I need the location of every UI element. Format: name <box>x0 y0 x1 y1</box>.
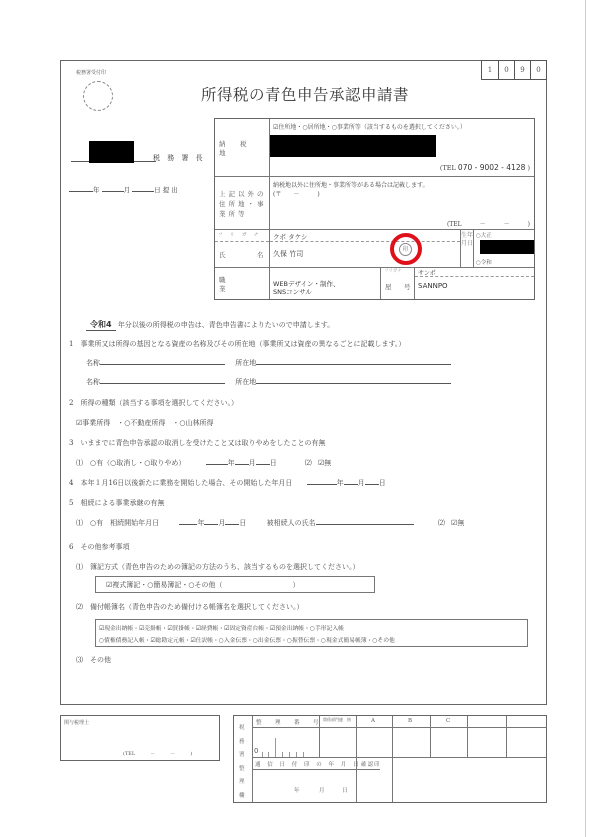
office-use-label: 税 務 署 整 理 欄 <box>239 722 245 803</box>
year-field[interactable] <box>69 191 93 192</box>
redacted-birthdate <box>480 240 534 254</box>
comm-year: 年 <box>294 786 300 794</box>
tel-prefix: (TEL <box>440 164 456 172</box>
month-field[interactable] <box>102 191 124 192</box>
ledger-title: ⑵ 備付帳簿名（青色申告のため備付ける帳簿名を選択してください。） <box>76 602 304 612</box>
other-address-note: 納税地以外に住所地・事業所等がある場合は記載します。 <box>273 180 429 189</box>
accountant-label: 関与税理士 <box>64 719 89 726</box>
facility-location-field-2[interactable] <box>256 383 451 384</box>
form-code-digit: 9 <box>514 61 530 79</box>
furigana-label: フ リ ガ ナ <box>218 232 261 238</box>
dept-label: 関係部門連 絡 <box>323 717 353 722</box>
cancel-month-field[interactable] <box>235 464 249 465</box>
form-code-digit: 0 <box>530 61 546 79</box>
form-code-digit: 0 <box>498 61 514 79</box>
cancel-year-field[interactable] <box>206 464 228 465</box>
section-4: 4 本年１月16日以後新たに業務を開始した場合、その開始した年月日 年月日 <box>69 478 386 488</box>
inherit-yes-option[interactable]: ⑴ ○有 相続開始年月日 <box>76 519 159 527</box>
income-type-options[interactable]: ☑事業所得 ・○不動産所得 ・○山林所得 <box>76 418 214 428</box>
page-title: 所得税の青色申告承認申請書 <box>201 83 461 105</box>
facility-name-field-1[interactable] <box>100 364 225 365</box>
receipt-stamp-circle <box>83 81 113 111</box>
confirm-label: 確認印 <box>361 760 381 768</box>
ref-no-label: 整 理 番 号 <box>256 718 323 726</box>
occupation-row: 職 業 WEBデザイン・制作、 SNSコンサル フリガナ 屋 号 サンポ SAN… <box>215 267 534 299</box>
month-label: 月 <box>124 186 131 194</box>
address-label: 納 税 地 <box>215 119 270 176</box>
submission-date: 年 月 日 提 出 <box>69 185 178 194</box>
ledger-box: ☑現金出納帳・☑売掛帳・☑買掛帳・☑経費帳・☑固定資産台帳・☑預金出納帳・○手形… <box>95 619 528 647</box>
other-address-label: 上記以外の住所地・事業所等 <box>215 177 270 229</box>
redacted-office-name <box>89 141 134 163</box>
day-field[interactable] <box>132 191 154 192</box>
taxpayer-table: 納 税 地 ☑住所地・○居所地・○事業所等（該当するものを選択してください。） … <box>214 118 535 300</box>
address-tel[interactable]: 070 - 9002 - 4128 <box>458 163 525 172</box>
comm-day: 日 <box>342 786 348 794</box>
inherit-no-option[interactable]: ☑無 <box>451 519 464 527</box>
section-3-title: 3 いままでに青色申告承認の取消しを受けたこと又は取りやめをしたことの有無 <box>69 438 325 448</box>
stamp-label: 税務署受付印 <box>76 69 106 76</box>
bookkeeping-method-box: ☑複式簿記・○簡易簿記・○その他（ ） <box>95 576 375 593</box>
inherit-day-field[interactable] <box>225 524 239 525</box>
other-address-postal[interactable]: (〒 － ) <box>273 189 320 198</box>
col-a: A <box>371 718 375 724</box>
red-annotation-circle <box>390 233 422 265</box>
era-taisho[interactable]: ○大正 <box>476 231 492 239</box>
start-month-field[interactable] <box>344 484 358 485</box>
occupation-value[interactable]: WEBデザイン・制作、 SNSコンサル <box>273 280 340 296</box>
bookkeeping-method-options[interactable]: ☑複式簿記・○簡易簿記・○その他（ ） <box>106 580 300 590</box>
occupation-label: 職 業 <box>215 268 270 299</box>
tel-suffix: ) <box>527 164 530 172</box>
day-label: 日 提 出 <box>154 186 178 194</box>
facility-location-field-1[interactable] <box>256 364 451 365</box>
comm-month: 月 <box>319 786 325 794</box>
section-1-row-1: 名称 所在地 <box>86 358 451 368</box>
office-use-box: 税 務 署 整 理 欄 整 理 番 号 関係部門連 絡 A B C 0 通 信 … <box>233 715 547 803</box>
accountant-tel[interactable]: (TEL － － ) <box>123 750 192 757</box>
application-form: 税務署受付印 所得税の青色申告承認申請書 1 0 9 0 税 務 署 長 年 月… <box>60 60 547 705</box>
section-3-options: ⑴ ○有（○取消し・○取りやめ） 年月日 ⑵ ☑無 <box>76 458 331 468</box>
year-label: 年 <box>93 186 100 194</box>
shop-name-value[interactable]: SANNPO <box>418 282 448 290</box>
intro-text: 年分以後の所得税の申告は、青色申告書によりたいので申請します。 <box>118 321 334 329</box>
cancel-day-field[interactable] <box>256 464 270 465</box>
tax-office-suffix: 税 務 署 長 <box>153 153 205 163</box>
era-reiwa[interactable]: ○令和 <box>476 258 492 266</box>
name-label: 氏 名 <box>219 250 267 259</box>
other-address-row: 上記以外の住所地・事業所等 納税地以外に住所地・事業所等がある場合は記載します。… <box>215 176 534 229</box>
other-address-tel[interactable]: (TEL － － ) <box>447 219 530 228</box>
col-b: B <box>408 718 412 724</box>
section-5-options: ⑴ ○有 相続開始年月日 年月日 被相続人の氏名 ⑵ ☑無 <box>76 518 464 528</box>
address-option[interactable]: ☑住所地・○居所地・○事業所等（該当するものを選択してください。） <box>273 122 466 131</box>
col-c: C <box>446 718 450 724</box>
start-day-field[interactable] <box>365 484 379 485</box>
inherit-year-field[interactable] <box>179 524 197 525</box>
ledger-options-line-2[interactable]: ○債権債務記入帳・☑総勘定元帳・☑仕訳帳・○入金伝票・○出金伝票・○振替伝票・○… <box>99 635 395 644</box>
address-cell[interactable]: ☑住所地・○居所地・○事業所等（該当するものを選択してください。） (TEL 0… <box>270 119 534 176</box>
accountant-box: 関与税理士 (TEL － － ) <box>60 715 220 761</box>
cancel-no-option[interactable]: ☑無 <box>318 459 331 467</box>
section-4-title: 4 本年１月16日以後新たに業務を開始した場合、その開始した年月日 <box>69 479 292 487</box>
comm-date-label: 通 信 日 付 印 の 年 月 日 <box>255 760 361 768</box>
inherit-month-field[interactable] <box>204 524 218 525</box>
ref-no-prefix: 0 <box>254 747 258 755</box>
address-row: 納 税 地 ☑住所地・○居所地・○事業所等（該当するものを選択してください。） … <box>215 119 534 176</box>
name-value[interactable]: 久保 竹司 <box>273 249 303 259</box>
form-code: 1 0 9 0 <box>481 60 547 80</box>
section-6-title: 6 その他参考事項 <box>69 542 129 552</box>
facility-name-field-2[interactable] <box>100 383 225 384</box>
era-year[interactable]: 令和4 <box>86 319 116 331</box>
bookkeeping-method-title: ⑴ 簿記方式（青色申告のための簿記の方法のうち、該当するものを選択してください。… <box>76 562 360 572</box>
section-5-title: 5 相続による事業承継の有無 <box>69 498 164 508</box>
shop-label: 屋 号 <box>385 282 414 291</box>
ledger-options-line-1[interactable]: ☑現金出納帳・☑売掛帳・☑買掛帳・☑経費帳・☑固定資産台帳・☑預金出納帳・○手形… <box>99 623 344 632</box>
start-year-field[interactable] <box>307 484 337 485</box>
section-1-row-2: 名称 所在地 <box>86 377 451 387</box>
other-address-cell[interactable]: 納税地以外に住所地・事業所等がある場合は記載します。 (〒 － ) (TEL －… <box>270 177 534 229</box>
decedent-name-field[interactable] <box>316 524 414 525</box>
other-notes-title: ⑶ その他 <box>76 655 111 665</box>
shop-furigana-label: フリガナ <box>384 268 402 274</box>
section-1-title: 1 事業所又は所得の基因となる資産の名称及びその所在地（事業所又は資産の異なるご… <box>69 339 405 349</box>
furigana-value[interactable]: クボ タケシ <box>273 232 307 241</box>
redacted-address <box>270 135 436 157</box>
form-code-digit: 1 <box>482 61 498 79</box>
intro-line: 令和4 年分以後の所得税の申告は、青色申告書によりたいので申請します。 <box>86 319 334 331</box>
section-2-title: 2 所得の種類（該当する事項を選択してください。） <box>69 398 238 408</box>
cancel-yes-option[interactable]: ⑴ ○有（○取消し・○取りやめ） <box>76 459 185 467</box>
page-edge <box>585 0 586 837</box>
birth-label: 生年月日 <box>461 230 474 267</box>
name-row: フ リ ガ ナ 氏 名 クボ タケシ 久保 竹司 生年月日 ○大正 ○令和 <box>215 229 534 267</box>
